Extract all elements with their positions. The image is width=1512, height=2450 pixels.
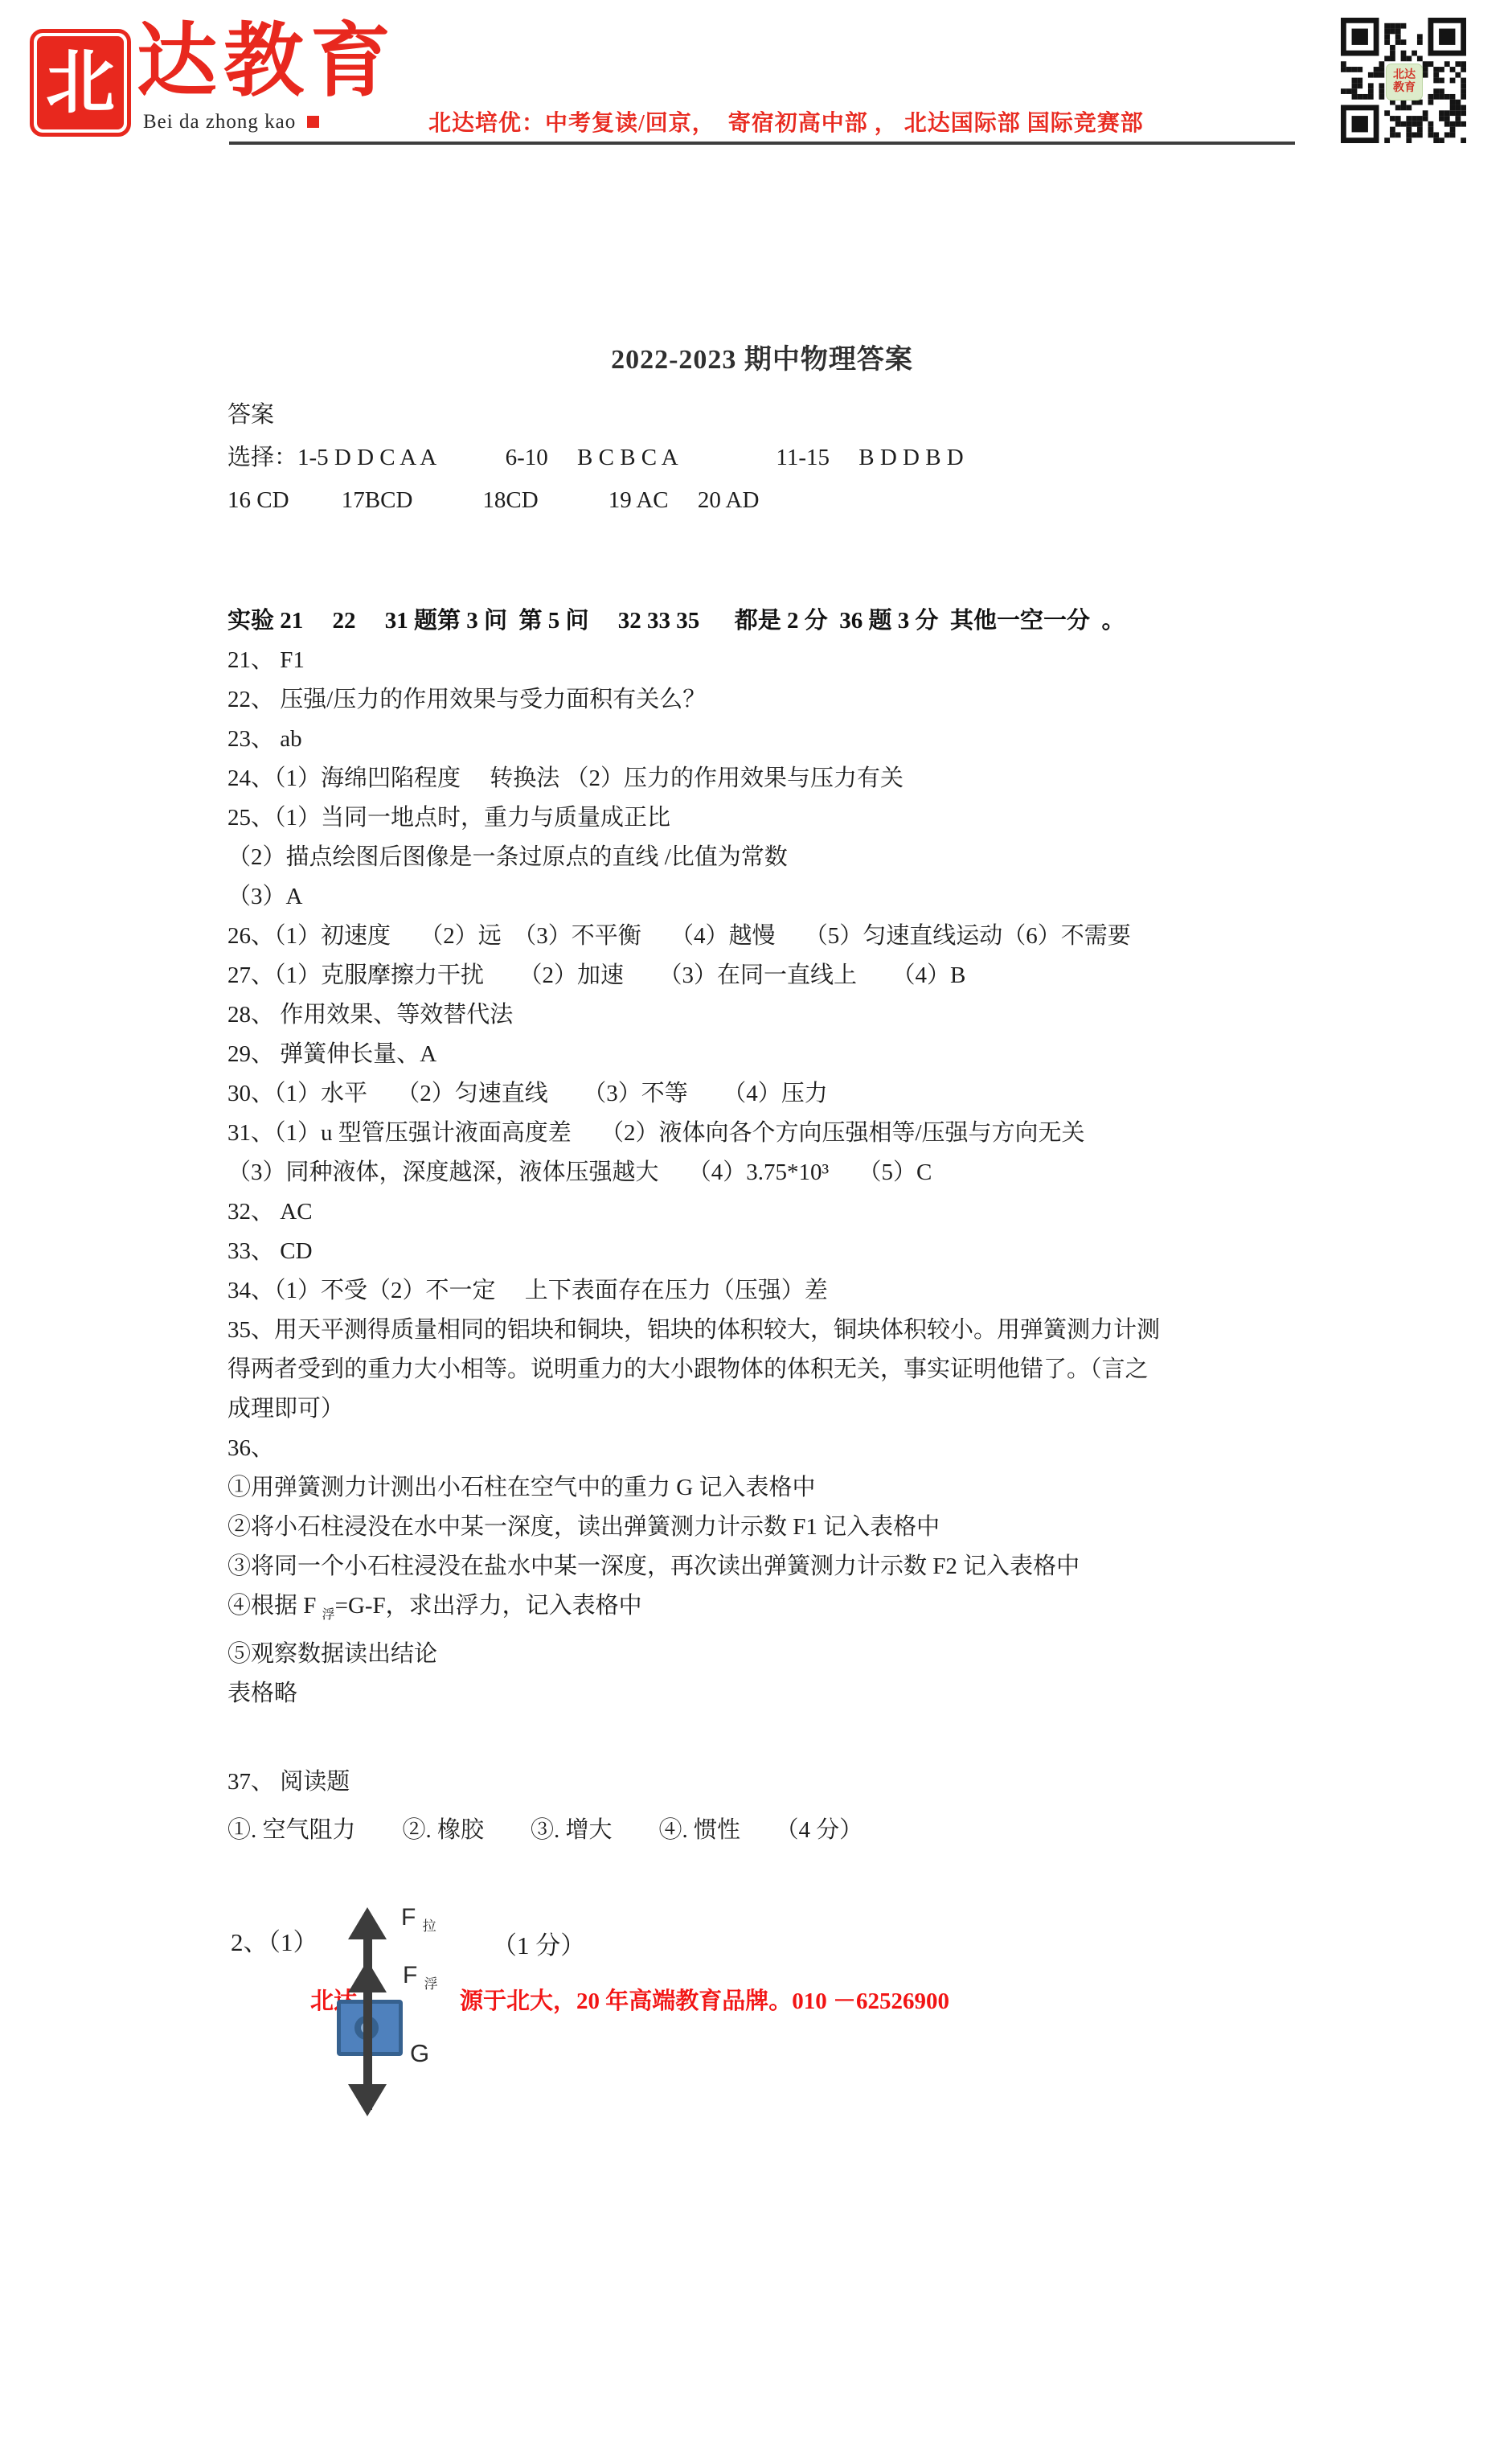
text-line: 实验 21 22 31 题第 3 问 第 5 问 32 33 35 都是 2 分… [227, 601, 1297, 641]
brand-seal-background: 北 [37, 36, 124, 129]
gravity-label: G [410, 2039, 429, 2068]
pull-force-subscript: 拉 [423, 1919, 436, 1934]
text-line: 29、 弹簧伸长量、A [227, 1035, 1297, 1074]
text-line: 25、（1）当同一地点时，重力与质量成正比 [227, 798, 1297, 838]
text-line: 35、用天平测得质量相同的铝块和铜块，铝块的体积较大，铜块体积较小。用弹簧测力计… [227, 1311, 1297, 1350]
gravity-arrowhead-icon [348, 2084, 387, 2116]
text-line: 得两者受到的重力大小相等。说明重力的大小跟物体的体积无关，事实证明他错了。（言之 [227, 1350, 1297, 1389]
qr-center-badge: 北达 教育 [1386, 64, 1423, 101]
qr-badge-line1: 北达 [1393, 69, 1416, 82]
buoyancy-force-subscript: 浮 [424, 1976, 438, 1992]
section-answers: 答案选择：1-5 D D C A A 6-10 B C B C A 11-15 … [227, 394, 1297, 522]
text-line: 23、 ab [227, 720, 1297, 759]
text-line: 22、 压强/压力的作用效果与受力面积有关么？ [227, 680, 1297, 720]
text-line: 28、 作用效果、等效替代法 [227, 995, 1297, 1035]
buoyancy-force-label: F 浮 [403, 1964, 438, 1991]
pull-force-symbol: F [401, 1904, 416, 1931]
text-line: （2）描点绘图后图像是一条过原点的直线 /比值为常数 [227, 838, 1297, 877]
text-line: 34、（1）不受（2）不一定 上下表面存在压力（压强）差 [227, 1271, 1297, 1311]
text-line: 27、（1）克服摩擦力干扰 （2）加速 （3）在同一直线上 （4）B [227, 956, 1297, 995]
header-tagline: 北达培优：中考复读/回京， 寄宿初高中部 ， 北达国际部 国际竞赛部 [428, 105, 1144, 137]
force-arrow-shaft [363, 1923, 372, 2110]
brand-red-square-icon [307, 116, 319, 128]
section-reading: 37、 阅读题①. 空气阻力 ②. 橡胶 ③. 增大 ④. 惯性 （4 分） [227, 1758, 1297, 1854]
text-line: 32、 AC [227, 1192, 1297, 1232]
text-line: 21、 F1 [227, 641, 1297, 680]
section-scoring-and-items: 实验 21 22 31 题第 3 问 第 5 问 32 33 35 都是 2 分… [227, 601, 1297, 1713]
pull-force-label: F 拉 [401, 1906, 436, 1933]
pull-force-arrowhead-icon [348, 1907, 387, 1939]
brand-subtitle-text: Bei da zhong kao [143, 111, 296, 133]
qr-badge-line2: 教育 [1393, 82, 1416, 95]
text-line: 30、（1）水平 （2）匀速直线 （3）不等 （4）压力 [227, 1074, 1297, 1114]
text-line: 36、 [227, 1429, 1297, 1468]
text-line: 16 CD 17BCD 18CD 19 AC 20 AD [227, 479, 1297, 522]
brand-seal-character: 北 [46, 48, 115, 117]
answer-sheet-page: { "header": { "seal_char": "北", "brand_s… [0, 0, 1512, 2450]
text-line: （3）A [227, 877, 1297, 917]
watermark-right-fragment: 源于北大，20 年高端教育品牌。010 －62526900 [460, 1983, 949, 2016]
item2-label: 2、（1） [231, 1922, 318, 1958]
header-divider-line [229, 142, 1295, 145]
text-line: 31、（1）u 型管压强计液面高度差 （2）液体向各个方向压强相等/压强与方向无… [227, 1114, 1297, 1153]
document-title: 2022-2023 期中物理答案 [227, 342, 1297, 379]
buoyancy-arrowhead-icon [348, 1960, 387, 1992]
document-body: 2022-2023 期中物理答案 答案选择：1-5 D D C A A 6-10… [227, 342, 1297, 1854]
brand-seal-logo: 北 [30, 29, 131, 137]
item2-score-label: （1 分） [492, 1925, 585, 1961]
text-line: 表格略 [227, 1674, 1297, 1713]
text-line: 33、 CD [227, 1232, 1297, 1271]
text-line: 成理即可） [227, 1389, 1297, 1429]
text-line: 答案 [227, 394, 1297, 437]
text-line: （3）同种液体，深度越深，液体压强越大 （4）3.75*10³ （5）C [227, 1153, 1297, 1192]
text-line: ⑤观察数据读出结论 [227, 1635, 1297, 1674]
text-line: 选择：1-5 D D C A A 6-10 B C B C A 11-15 B … [227, 437, 1297, 479]
brand-calligraphy-text: 达教育 [137, 18, 397, 106]
text-line: ②将小石柱浸没在水中某一深度，读出弹簧测力计示数 F1 记入表格中 [227, 1508, 1297, 1547]
text-line: ①用弹簧测力计测出小石柱在空气中的重力 G 记入表格中 [227, 1468, 1297, 1508]
text-line: 37、 阅读题 [227, 1758, 1297, 1806]
brand-subtitle: Bei da zhong kao [143, 111, 319, 133]
text-line: 26、（1）初速度 （2）远 （3）不平衡 （4）越慢 （5）匀速直线运动（6）… [227, 917, 1297, 956]
text-line: 24、（1）海绵凹陷程度 转换法 （2）压力的作用效果与压力有关 [227, 759, 1297, 798]
text-line: ①. 空气阻力 ②. 橡胶 ③. 增大 ④. 惯性 （4 分） [227, 1806, 1297, 1854]
text-line: ④根据 F 浮=G-F，求出浮力，记入表格中 [227, 1586, 1297, 1635]
buoyancy-force-symbol: F [403, 1962, 417, 1988]
text-line: ③将同一个小石柱浸没在盐水中某一深度，再次读出弹簧测力计示数 F2 记入表格中 [227, 1547, 1297, 1586]
